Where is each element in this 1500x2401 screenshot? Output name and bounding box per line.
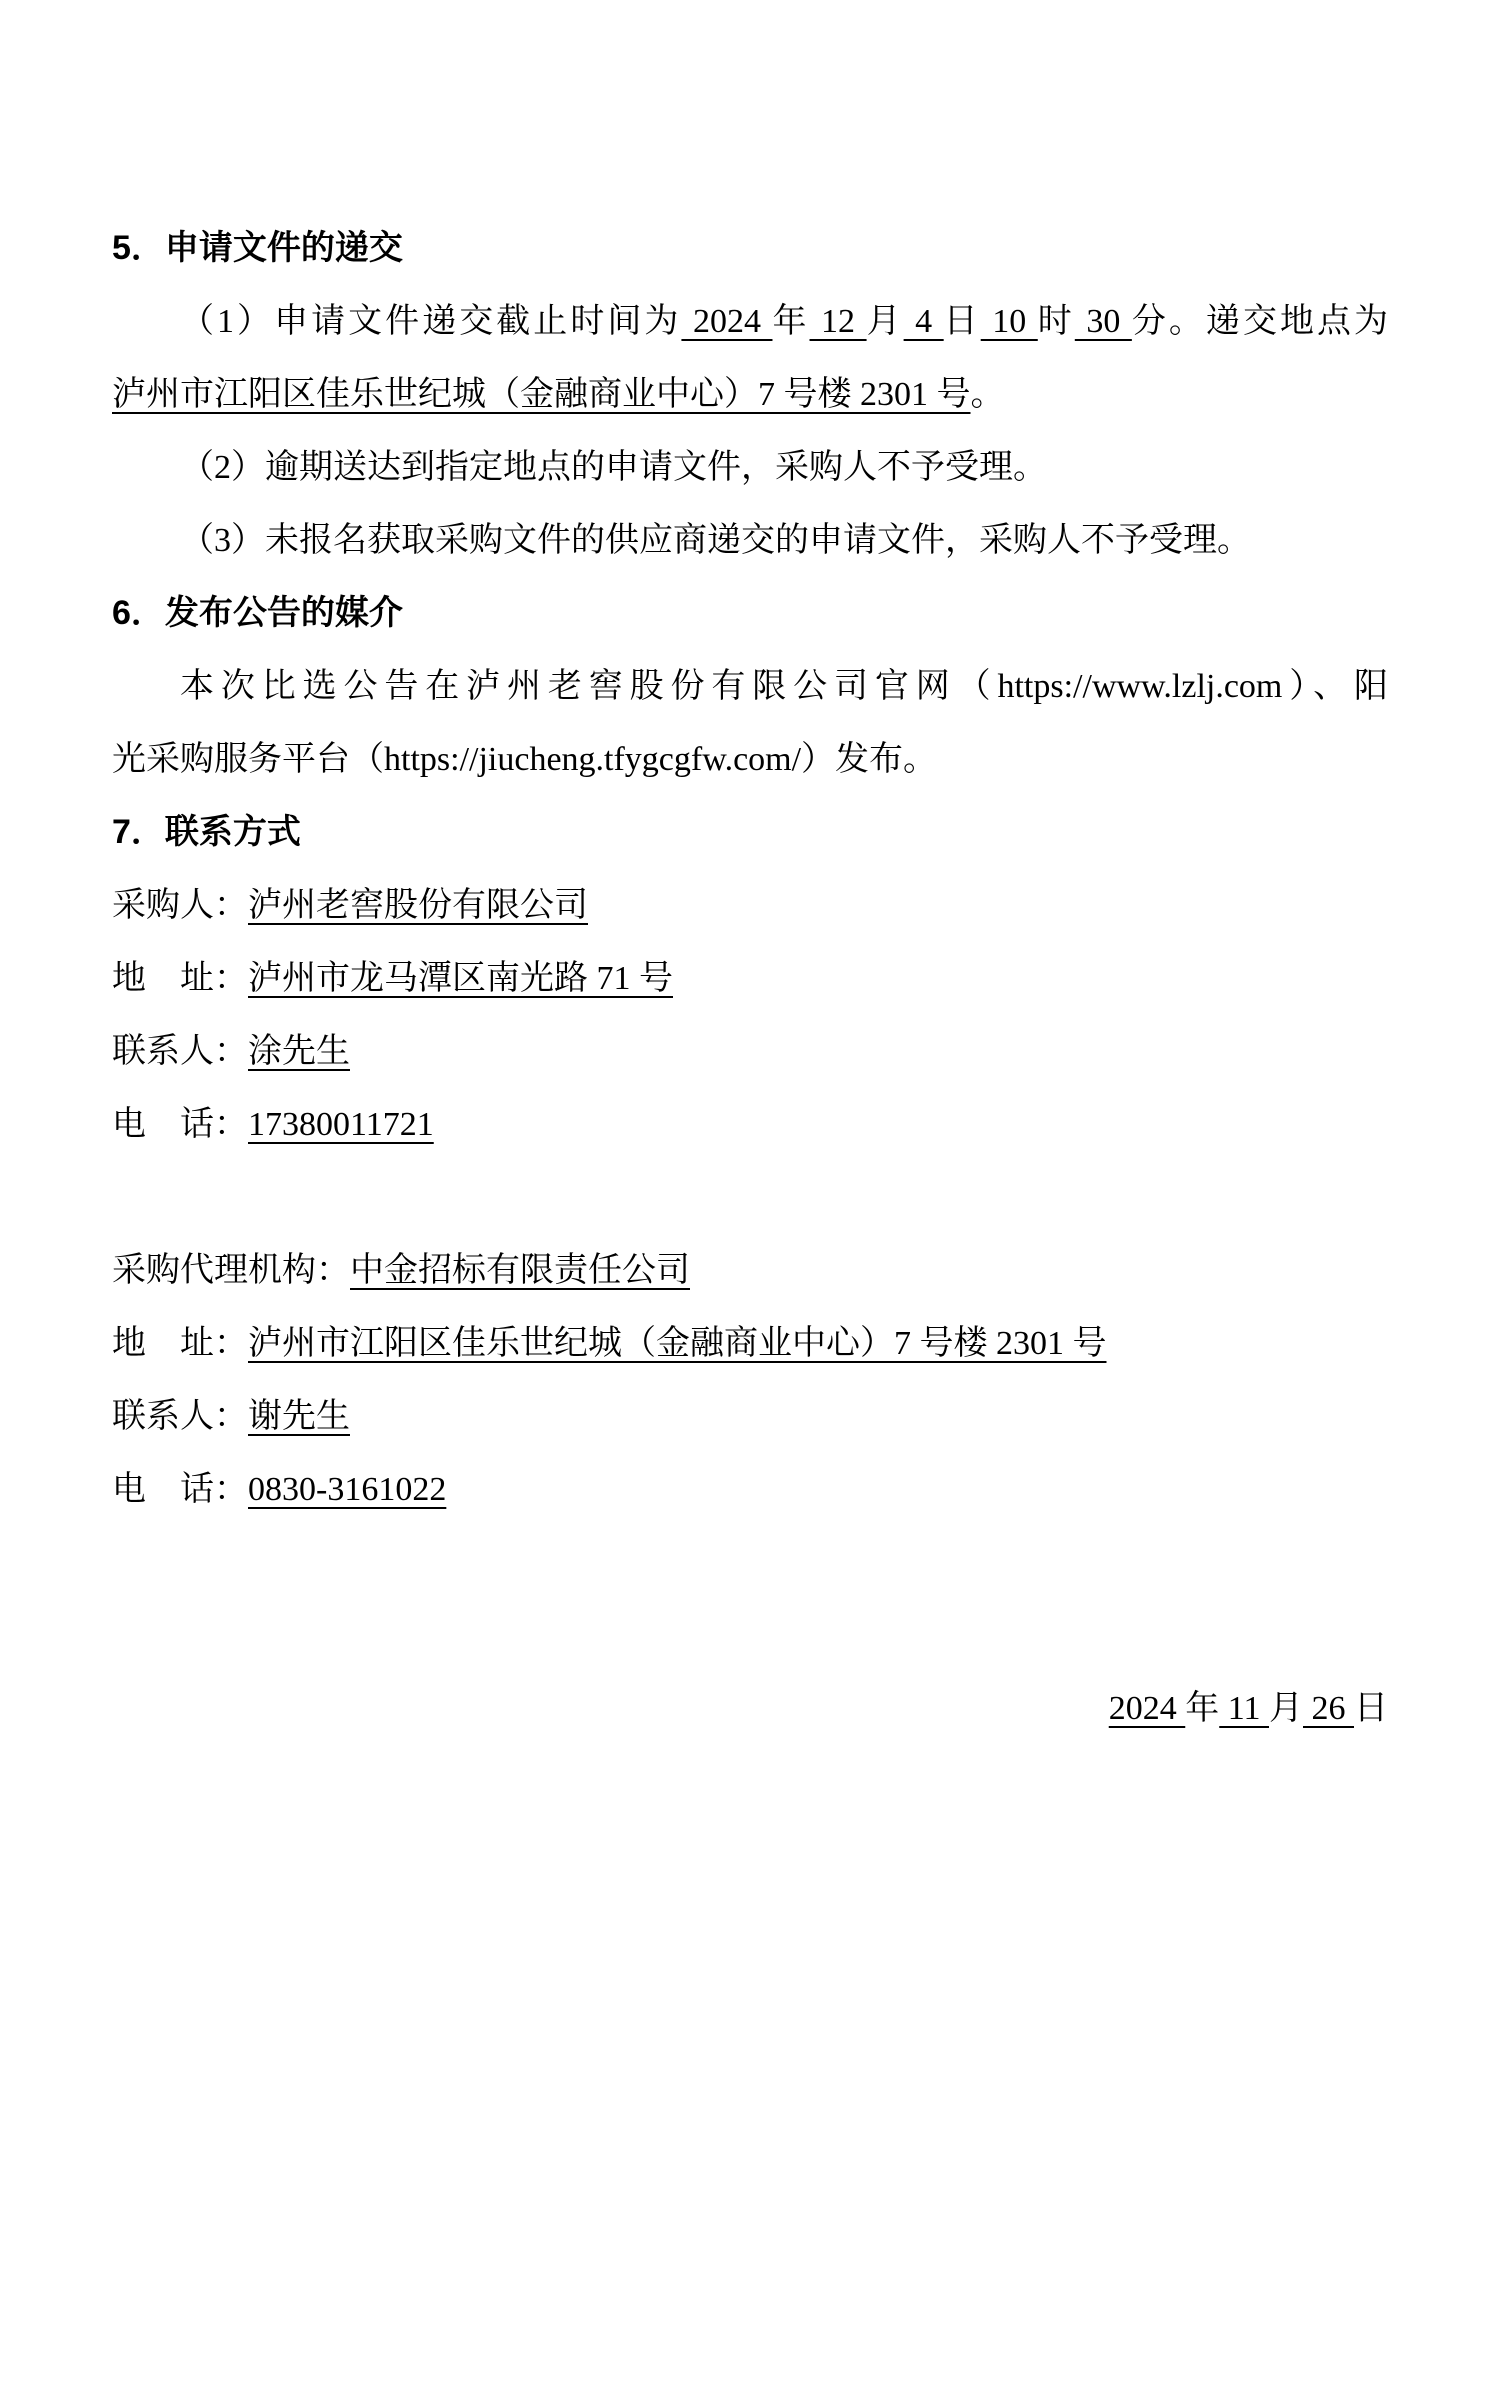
issue-date-day-value: 26 — [1303, 1690, 1354, 1727]
agency-label: 采购代理机构： — [112, 1252, 350, 1289]
unregistered-supplier-clause: （3）未报名获取采购文件的供应商递交的申请文件，采购人不予受理。 — [112, 504, 1388, 577]
purchaser-address-value: 泸州市龙马潭区南光路 71 号 — [248, 960, 673, 997]
agency-phone-label: 电 话： — [112, 1471, 248, 1508]
submission-address-period: 。 — [971, 376, 1005, 413]
agency-row: 采购代理机构：中金招标有限责任公司 — [112, 1234, 1388, 1307]
issue-date-month-value: 11 — [1219, 1690, 1269, 1727]
deadline-year-unit: 年 — [772, 303, 809, 340]
purchaser-phone-value: 17380011721 — [248, 1106, 434, 1143]
agency-address-value: 泸州市江阳区佳乐世纪城（金融商业中心）7 号楼 2301 号 — [248, 1325, 1107, 1362]
agency-contact-label: 联系人： — [112, 1398, 248, 1435]
document-content: 5．申请文件的递交 （1）申请文件递交截止时间为 2024 年 12 月 4 日… — [0, 0, 1500, 1745]
announcement-media-line-2: 光采购服务平台（https://jiucheng.tfygcgfw.com/）发… — [112, 723, 1388, 796]
deadline-minute-unit: 分。递交地点为 — [1132, 303, 1388, 340]
submission-deadline-line: （1）申请文件递交截止时间为 2024 年 12 月 4 日 10 时 30 分… — [112, 285, 1388, 358]
issue-date-line: 2024 年 11 月 26 日 — [112, 1672, 1388, 1745]
agency-value: 中金招标有限责任公司 — [350, 1252, 690, 1289]
deadline-month-unit: 月 — [867, 303, 904, 340]
deadline-hour-unit: 时 — [1038, 303, 1075, 340]
purchaser-phone-row: 电 话：17380011721 — [112, 1088, 1388, 1161]
deadline-year-value: 2024 — [681, 303, 772, 340]
purchaser-address-label: 地 址： — [112, 960, 248, 997]
section-5-heading: 5．申请文件的递交 — [112, 212, 1388, 285]
purchaser-contact-value: 涂先生 — [248, 1033, 350, 1070]
deadline-day-unit: 日 — [944, 303, 981, 340]
section-6-heading: 6．发布公告的媒介 — [112, 577, 1388, 650]
deadline-day-value: 4 — [904, 303, 944, 340]
late-submission-clause: （2）逾期送达到指定地点的申请文件，采购人不予受理。 — [112, 431, 1388, 504]
purchaser-row: 采购人：泸州老窖股份有限公司 — [112, 869, 1388, 942]
deadline-prefix: （1）申请文件递交截止时间为 — [180, 303, 681, 340]
deadline-minute-value: 30 — [1075, 303, 1132, 340]
submission-location-line: 泸州市江阳区佳乐世纪城（金融商业中心）7 号楼 2301 号。 — [112, 358, 1388, 431]
agency-address-row: 地 址：泸州市江阳区佳乐世纪城（金融商业中心）7 号楼 2301 号 — [112, 1307, 1388, 1380]
document-page: 5．申请文件的递交 （1）申请文件递交截止时间为 2024 年 12 月 4 日… — [0, 0, 1500, 2401]
purchaser-address-row: 地 址：泸州市龙马潭区南光路 71 号 — [112, 942, 1388, 1015]
announcement-media-line-1: 本次比选公告在泸州老窖股份有限公司官网（https://www.lzlj.com… — [112, 650, 1388, 723]
agency-contact-row: 联系人：谢先生 — [112, 1380, 1388, 1453]
agency-address-label: 地 址： — [112, 1325, 248, 1362]
agency-phone-row: 电 话：0830-3161022 — [112, 1453, 1388, 1526]
purchaser-contact-label: 联系人： — [112, 1033, 248, 1070]
purchaser-phone-label: 电 话： — [112, 1106, 248, 1143]
agency-phone-value: 0830-3161022 — [248, 1471, 446, 1508]
purchaser-label: 采购人： — [112, 887, 248, 924]
purchaser-value: 泸州老窖股份有限公司 — [248, 887, 588, 924]
issue-date-year-unit: 年 — [1185, 1690, 1219, 1727]
issue-date-month-unit: 月 — [1269, 1690, 1303, 1727]
issue-date-year-value: 2024 — [1109, 1690, 1186, 1727]
deadline-hour-value: 10 — [981, 303, 1038, 340]
submission-address-value: 泸州市江阳区佳乐世纪城（金融商业中心）7 号楼 2301 号 — [112, 376, 971, 413]
purchaser-contact-row: 联系人：涂先生 — [112, 1015, 1388, 1088]
agency-contact-value: 谢先生 — [248, 1398, 350, 1435]
section-7-heading: 7．联系方式 — [112, 796, 1388, 869]
deadline-month-value: 12 — [810, 303, 867, 340]
issue-date-day-unit: 日 — [1354, 1690, 1388, 1727]
